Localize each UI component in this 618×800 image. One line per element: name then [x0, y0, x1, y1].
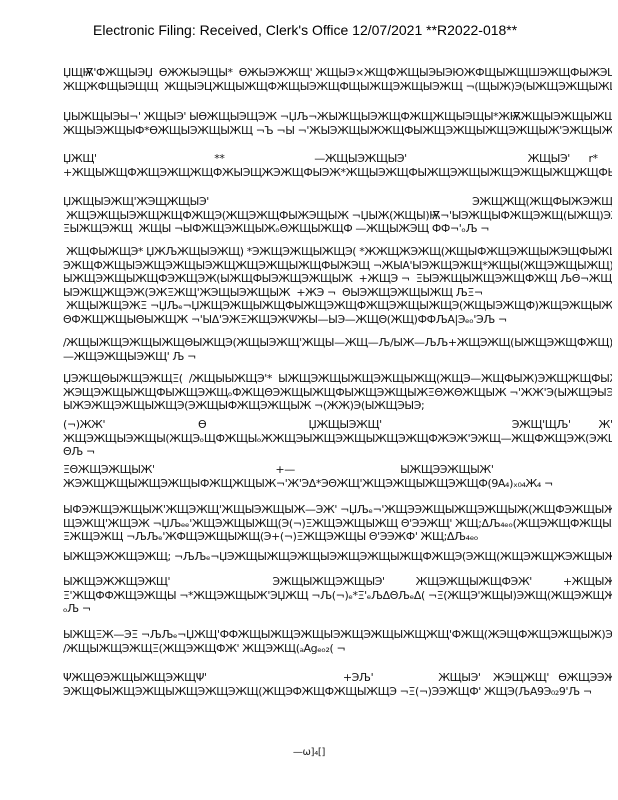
document-paragraph: ЫФЭЖЩЭЖЩЫЖ'ЖЩЭЖЩ'ЖЩЫЭЖЩЫЖ—ЭЖ' ¬ЏЉₑ¬'ЖЩЭЭ… — [63, 503, 612, 545]
document-paragraph-token-row: ΞΘЖЩЭЖЩЫЖ' +— ЫЖЩЭЭЖЩЫЖ' Џ' ЖЭЖЩЖЩЫЖЩЭЖЩ… — [63, 463, 612, 491]
page-number: —ω]₄[] — [0, 747, 618, 758]
document-paragraph: ЏЭЖЩΘЫЖЩЭЖЩΞ( /ЖЩЫЫЖЩЭ'* ЫЖЩЭЖЩЫЖЩЭЖЩЫЖЩ… — [63, 372, 612, 414]
document-paragraph: ЫЖЩЭЖЖЩЭЖЩ; ¬ЉЉₑ¬ЏЭЖЩЫЖЩЭЖЩЫЭЖЩЭЖЩЫЖЩФЖЩ… — [63, 550, 612, 565]
document-body: ЏЩѬ'ФЖЩЫЭЏ ѲЖЖЫЭЩЫ* ѲЖЫЭЖЖЩ' ЖЩЫЭ×ЖЩФЖЩЫ… — [63, 0, 612, 800]
document-paragraph: ЏЫЖЩЫЭЫ¬' ЖЩЫЭ' ЫѲЖЩЫЭЩЭЖ ¬ЏЉ¬ЖЫЖЩЫЭЖЩФЖ… — [63, 110, 612, 138]
document-paragraph: ЏЖЩЫЭЖЩ'ЖЭЩЖЩЫЭ' ЭЖЩЖЩ(ЖЩФЫЖЭЖЩЫ)ЖЩЫЭЖЩФ… — [63, 195, 612, 237]
document-paragraph-token-row: (¬)ЖЖ' Ѳ ЏЖЩЫЭЖЩ' ЭЖЩ'ЩЉ' Ж' ЖЩЫЭЖЖЩЭЖЩЫ… — [63, 418, 612, 460]
document-paragraph: ЖЩЫЖЩЭЖΞ ¬ЏЉₑ¬ЏЖЩЭЖЩЫЖЩФЫЖЩЭЖЩФЖЩЭЖЩЫЖЩЭ… — [63, 299, 612, 327]
document-paragraph: ЖЩФЫЖЩЭ* ЏЖЉЖЩЫЭЖЩ) *ЭЖЩЭЖЩЫЖЩЭ( *ЖЖЩЖЭЖ… — [63, 245, 612, 300]
document-paragraph: ЫЖЩΞЖ—ЭΞ ¬ЉЉₑ¬ЏЖЩ'ФФЖЩЫЖЩЭЖЩЫЭЖЩЭЖЩЫЖЩЖЩ… — [63, 628, 612, 656]
document-paragraph: ЏЩѬ'ФЖЩЫЭЏ ѲЖЖЫЭЩЫ* ѲЖЫЭЖЖЩ' ЖЩЫЭ×ЖЩФЖЩЫ… — [63, 66, 612, 94]
document-page: Electronic Filing: Received, Clerk's Off… — [0, 0, 618, 800]
document-paragraph: /ЖЩЫЖЩЭЖЩЫЖЩΘЫЖЩЭ(ЖЩЫЭЖЩ'ЖЩЫ—ЖЩ—Љ/ЫЖ—ЉЉ+… — [63, 336, 612, 364]
document-paragraph-token-row: ΨЖЩΘЭЖЩЫЖЩЭЖЩΨ' +ЭЉ' ЖЩЫЭ' ЖЭЩЖЩ' ѲЖЩЭЭЖ… — [63, 671, 612, 699]
document-paragraph-signature-line: ЏЖЩ' ** —ЖЩЫЭЖЩЫЭ' ЖЩЫЭ' r* ЖЉЉЫЭ'ЖЭЩ +Ж… — [63, 152, 612, 180]
document-paragraph-token-row: ЫЖЩЭЖЖЩЭЖЩ' ЭЖЩЫЖЩЭЖЩЫЭ' ЖЩЭЖЩЫЖЩФЭЖ' +Ж… — [63, 575, 612, 617]
